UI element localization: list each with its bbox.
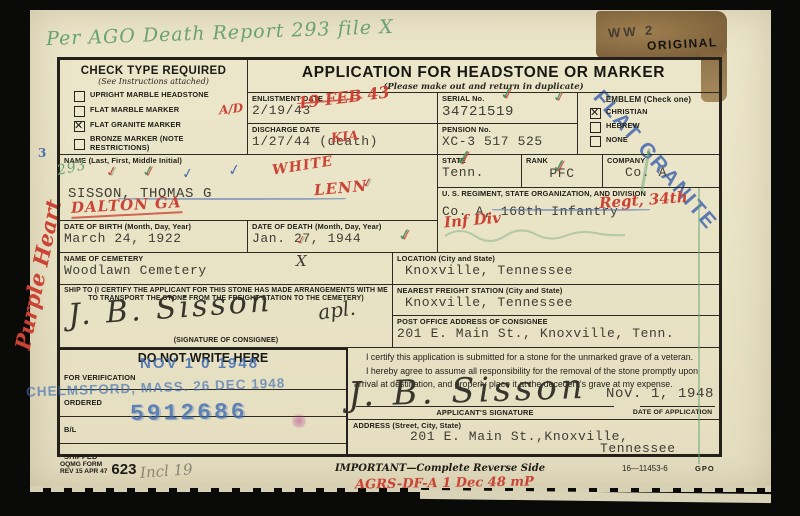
kia-red-note: KIA [330,129,359,147]
check-mark: ✓ [361,175,374,192]
ink-smudge [292,414,306,428]
cemetery-x-mark: X [296,252,307,270]
cemetery-cell: NAME OF CEMETERY Woodlawn Cemetery [60,253,393,285]
christian-checkbox[interactable] [590,108,601,119]
name-label: NAME (Last, First, Middle Initial) [64,157,433,166]
checkbox-row-flat-granite: FLAT GRANITE MARKER [74,120,243,131]
hebrew-label: HEBREW [606,122,640,131]
address-value[interactable]: 201 E. Main St.,Knoxville, [410,430,628,445]
checkbox-row-flat-marble: FLAT MARBLE MARKER [74,105,243,116]
checkbox-row-hebrew: HEBREW [590,121,715,132]
checkbox-row-christian: CHRISTIAN [590,107,715,118]
flat-granite-checkbox[interactable] [74,121,85,132]
bronze-checkbox[interactable] [74,139,85,150]
ordered-label: ORDERED [64,398,102,407]
freight-station-cell: NEAREST FREIGHT STATION (City and State)… [393,285,719,316]
flat-granite-label: FLAT GRANITE MARKER [90,121,181,130]
shipped-row: SHIPPED [60,444,346,462]
checkbox-row-bronze: BRONZE MARKER (NOTE RESTRICTIONS) [74,135,243,153]
certification-line-1: I certify this application is submitted … [354,351,713,363]
infantry-blue-underline [492,209,650,211]
cemetery-value[interactable]: Woodlawn Cemetery [64,264,388,279]
serial-number-value[interactable]: 34721519 [442,104,573,120]
company-value[interactable]: Co. A [625,166,715,181]
gpo-mark: GPO [695,464,715,473]
state-cell: STATE Tenn. [438,155,522,188]
green-vertical-line [698,188,700,464]
company-cell: COMPANY Co. A [603,155,719,188]
form-number-line1: OQMG FORM [60,461,107,468]
applicant-signature[interactable]: J. B. Sisson [347,370,587,412]
check-mark: ✓ [552,88,566,106]
hebrew-checkbox[interactable] [590,122,601,133]
form-number-big: 623 [111,461,136,478]
consignee-signature-caption: (SIGNATURE OF CONSIGNEE) [60,337,392,345]
application-date-line[interactable] [640,406,715,407]
address-value-line2: Tennessee [600,442,676,457]
location-value[interactable]: Knoxville, Tennessee [405,264,715,279]
incl-pencil-note: Incl 19 [139,460,193,482]
po-address-value[interactable]: 201 E. Main St., Knoxville, Tenn. [397,327,715,342]
bronze-label: BRONZE MARKER (NOTE RESTRICTIONS) [90,135,243,153]
freight-station-value[interactable]: Knoxville, Tennessee [405,296,715,311]
verification-date-stamp: NOV 1 0 1948 [140,355,259,372]
emblem-title: EMBLEM (Check one) [582,95,715,105]
upright-marble-checkbox[interactable] [74,91,85,102]
ad-red-note: A/D [218,101,243,117]
upright-marble-label: UPRIGHT MARBLE HEADSTONE [90,91,209,100]
none-label: NONE [606,136,628,145]
address-divider [348,419,719,420]
flat-marble-label: FLAT MARBLE MARKER [90,106,179,115]
margin-number: 3 [38,146,46,160]
checkbox-row-none: NONE [590,135,715,146]
important-note: IMPORTANT—Complete Reverse Side [335,463,545,474]
check-mark: ✓ [181,165,195,183]
christian-label: CHRISTIAN [606,108,648,117]
check-mark: ✓ [295,232,307,248]
form-number-block: OQMG FORM REV 15 APR 47 623 [60,461,136,478]
none-checkbox[interactable] [590,136,601,147]
scanned-document: Per AGO Death Report 293 file X WW 2 ORI… [0,0,800,516]
birth-date-cell: DATE OF BIRTH (Month, Day, Year) March 2… [60,221,248,253]
state-value[interactable]: Tenn. [442,166,517,181]
check-mark: ✓ [105,163,119,181]
application-date-label: DATE OF APPLICATION [626,409,719,417]
bl-label: B/L [64,425,76,434]
consignee-signature-suffix: apl. [317,297,357,322]
agrs-red-note: AGRS-DF-A 1 Dec 48 mP [355,474,534,492]
check-type-title: CHECK TYPE REQUIRED [64,65,243,77]
flat-marble-checkbox[interactable] [74,106,85,117]
po-address-cell: POST OFFICE ADDRESS OF CONSIGNEE 201 E. … [393,316,719,348]
shipped-label: SHIPPED [64,452,98,461]
faint-green-scribble [440,224,650,244]
birth-date-value[interactable]: March 24, 1922 [64,232,243,247]
print-code: 16—11453-6 [622,464,668,473]
bl-number-stamp: 5912686 [130,399,248,427]
location-cell: LOCATION (City and State) Knoxville, Ten… [393,253,719,285]
checkbox-row-upright-marble: UPRIGHT MARBLE HEADSTONE [74,90,243,101]
form-header: APPLICATION FOR HEADSTONE OR MARKER (Ple… [248,60,719,93]
check-type-subtitle: (See Instructions attached) [64,77,243,86]
emblem-section: EMBLEM (Check one) CHRISTIAN HEBREW NONE [578,93,719,155]
form-title: APPLICATION FOR HEADSTONE OR MARKER [252,64,715,82]
form-number-line2: REV 15 APR 47 [60,468,107,475]
